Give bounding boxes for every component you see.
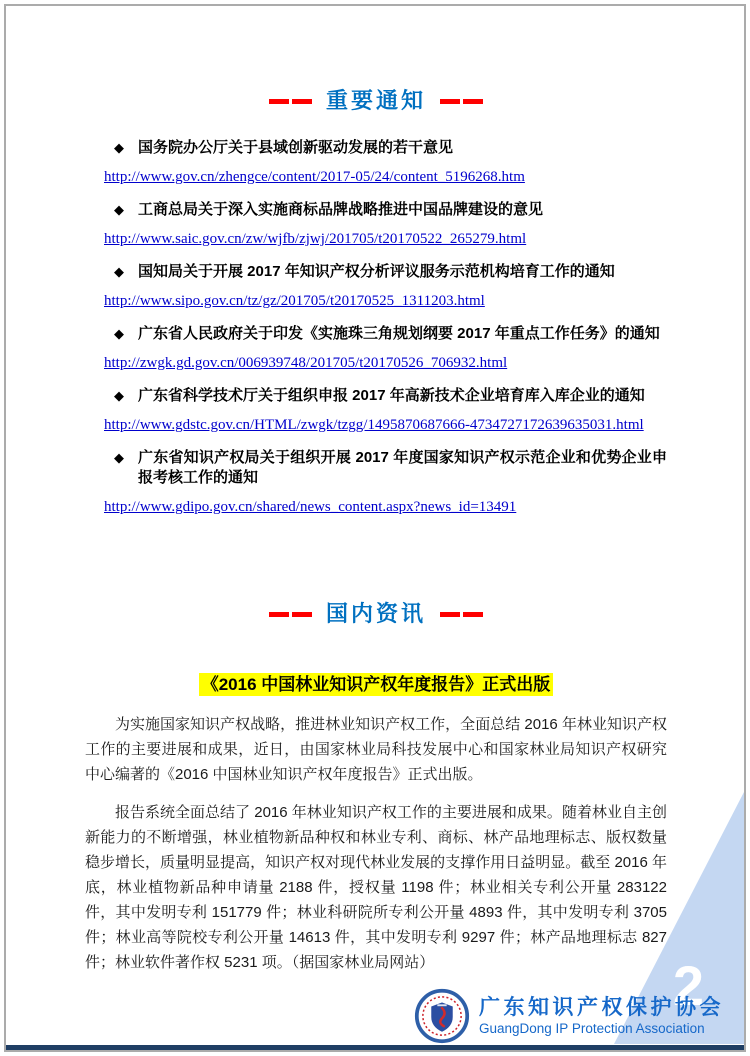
diamond-bullet-icon: ◆ <box>114 386 124 406</box>
notice-item: ◆ 国知局关于开展 2017 年知识产权分析评议服务示范机构培育工作的通知 ht… <box>85 262 667 311</box>
red-dash-left-icon <box>269 612 312 617</box>
association-logo-icon <box>414 988 470 1044</box>
notice-item: ◆ 广东省科学技术厅关于组织申报 2017 年高新技术企业培育库入库企业的通知 … <box>85 386 667 435</box>
newsletter-page: 重要通知 ◆ 国务院办公厅关于县域创新驱动发展的若干意见 http://www.… <box>0 0 750 1056</box>
diamond-bullet-icon: ◆ <box>114 448 124 468</box>
notice-link[interactable]: http://www.gdipo.gov.cn/shared/news_cont… <box>104 498 516 517</box>
page-content: 重要通知 ◆ 国务院办公厅关于县域创新驱动发展的若干意见 http://www.… <box>0 88 750 975</box>
footer-brand-text: 广东知识产权保护协会 GuangDong IP Protection Assoc… <box>479 995 724 1037</box>
notice-link[interactable]: http://www.gov.cn/zhengce/content/2017-0… <box>104 168 525 187</box>
section-title-news: 国内资讯 <box>326 601 426 627</box>
article-headline: 《2016 中国林业知识产权年度报告》正式出版 <box>199 673 554 696</box>
notice-title: 广东省人民政府关于印发《实施珠三角规划纲要 2017 年重点工作任务》的通知 <box>138 324 660 344</box>
red-dash-right-icon <box>440 612 483 617</box>
article-paragraph-1: 为实施国家知识产权战略，推进林业知识产权工作，全面总结 2016 年林业知识产权… <box>85 712 667 787</box>
notice-title-line: ◆ 工商总局关于深入实施商标品牌战略推进中国品牌建设的意见 <box>85 200 667 220</box>
notice-link[interactable]: http://www.saic.gov.cn/zw/wjfb/zjwj/2017… <box>104 230 526 249</box>
notice-item: ◆ 广东省人民政府关于印发《实施珠三角规划纲要 2017 年重点工作任务》的通知… <box>85 324 667 373</box>
notice-link[interactable]: http://www.gdstc.gov.cn/HTML/zwgk/tzgg/1… <box>104 416 644 435</box>
article: 《2016 中国林业知识产权年度报告》正式出版 为实施国家知识产权战略，推进林业… <box>85 670 667 975</box>
diamond-bullet-icon: ◆ <box>114 262 124 282</box>
section-title-notices: 重要通知 <box>326 88 426 114</box>
section-header-news: 国内资讯 <box>85 601 667 627</box>
notice-title-line: ◆ 广东省人民政府关于印发《实施珠三角规划纲要 2017 年重点工作任务》的通知 <box>85 324 667 344</box>
notice-title-line: ◆ 广东省科学技术厅关于组织申报 2017 年高新技术企业培育库入库企业的通知 <box>85 386 667 406</box>
notice-item: ◆ 国务院办公厅关于县域创新驱动发展的若干意见 http://www.gov.c… <box>85 138 667 187</box>
notice-title-line: ◆ 广东省知识产权局关于组织开展 2017 年度国家知识产权示范企业和优势企业申… <box>85 448 667 488</box>
notice-title: 国务院办公厅关于县域创新驱动发展的若干意见 <box>138 138 453 158</box>
footer-bar <box>6 1045 744 1051</box>
notice-title: 广东省知识产权局关于组织开展 2017 年度国家知识产权示范企业和优势企业申报考… <box>138 448 667 488</box>
section-header-notices: 重要通知 <box>85 88 667 114</box>
notice-list: ◆ 国务院办公厅关于县域创新驱动发展的若干意见 http://www.gov.c… <box>85 138 667 517</box>
org-name-zh: 广东知识产权保护协会 <box>479 995 724 1020</box>
notice-title-line: ◆ 国知局关于开展 2017 年知识产权分析评议服务示范机构培育工作的通知 <box>85 262 667 282</box>
notice-title-line: ◆ 国务院办公厅关于县域创新驱动发展的若干意见 <box>85 138 667 158</box>
notice-link[interactable]: http://zwgk.gd.gov.cn/006939748/201705/t… <box>104 354 507 373</box>
red-dash-left-icon <box>269 99 312 104</box>
notice-title: 广东省科学技术厅关于组织申报 2017 年高新技术企业培育库入库企业的通知 <box>138 386 645 406</box>
footer-brand: 广东知识产权保护协会 GuangDong IP Protection Assoc… <box>414 986 724 1046</box>
article-headline-row: 《2016 中国林业知识产权年度报告》正式出版 <box>85 670 667 698</box>
red-dash-right-icon <box>440 99 483 104</box>
article-paragraph-2: 报告系统全面总结了 2016 年林业知识产权工作的主要进展和成果。随着林业自主创… <box>85 800 667 975</box>
notice-item: ◆ 广东省知识产权局关于组织开展 2017 年度国家知识产权示范企业和优势企业申… <box>85 448 667 517</box>
notice-item: ◆ 工商总局关于深入实施商标品牌战略推进中国品牌建设的意见 http://www… <box>85 200 667 249</box>
notice-title: 国知局关于开展 2017 年知识产权分析评议服务示范机构培育工作的通知 <box>138 262 615 282</box>
notice-link[interactable]: http://www.sipo.gov.cn/tz/gz/201705/t201… <box>104 292 485 311</box>
org-name-en: GuangDong IP Protection Association <box>479 1020 724 1037</box>
diamond-bullet-icon: ◆ <box>114 324 124 344</box>
diamond-bullet-icon: ◆ <box>114 200 124 220</box>
notice-title: 工商总局关于深入实施商标品牌战略推进中国品牌建设的意见 <box>138 200 543 220</box>
diamond-bullet-icon: ◆ <box>114 138 124 158</box>
